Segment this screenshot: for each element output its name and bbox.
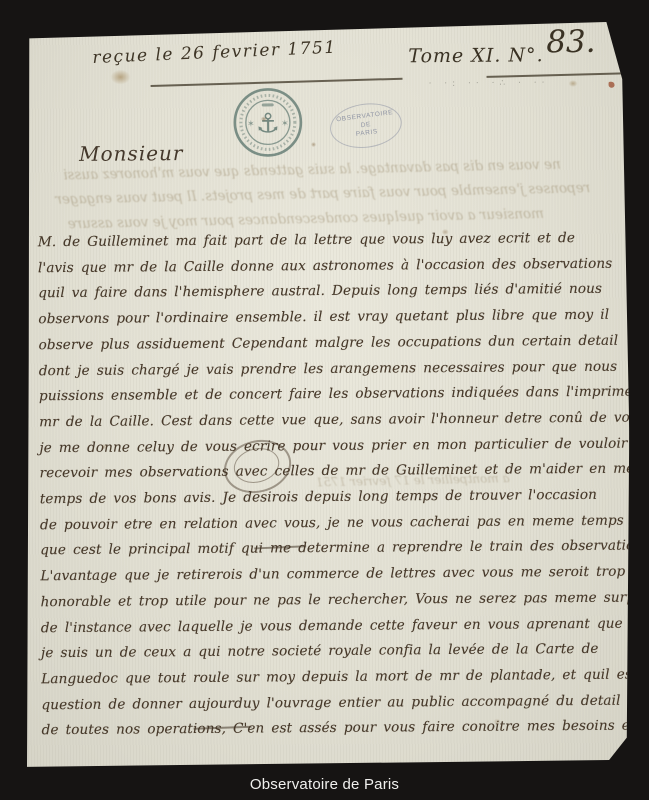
salutation: Monsieur (79, 141, 184, 166)
anchor-icon: ⚓ (256, 108, 280, 139)
bleedthrough-line: reponses j'ensemble pour vous faire part… (55, 180, 590, 208)
foxing-spot (311, 142, 316, 147)
wax-speck (609, 82, 615, 88)
foxing-spot (101, 444, 107, 450)
foxing-spot (261, 116, 267, 121)
tome-reference: Tome XI. N°. (408, 44, 543, 67)
body-line: de toutes nos operations, C'en est assés… (42, 714, 626, 744)
number-underline (487, 72, 625, 77)
archive-photo-stage: reçue le 26 fevrier 1751 Tome XI. N°. 83… (0, 0, 649, 800)
letter-number: 83. (546, 24, 596, 60)
anchor-seal-stamp: ⚓ ✶ ✶ (232, 86, 305, 159)
foxing-spot (110, 69, 130, 84)
fleur-mark-right: ✶ (281, 119, 289, 129)
received-date-note: reçue le 26 fevrier 1751 (92, 38, 337, 68)
letter-body: M. de Guilleminet ma fait part de la let… (38, 226, 626, 745)
header-underline (151, 78, 403, 87)
body-line: mr de la Caille. Cest dans cette vue que… (39, 406, 623, 436)
oval-stamp-line3: PARIS (356, 129, 379, 141)
pencil-marks: · ·: ·· ·∴ · ·· (429, 78, 550, 89)
foxing-spot (569, 80, 578, 87)
body-line: honorable et trop utile pour ne pas le r… (41, 585, 625, 615)
foxing-spot (442, 229, 449, 235)
image-caption: Observatoire de Paris (0, 776, 649, 793)
observatoire-oval-stamp: OBSERVATOIRE DE PARIS (327, 99, 404, 152)
letter-page: reçue le 26 fevrier 1751 Tome XI. N°. 83… (10, 20, 632, 769)
fleur-mark-left: ✶ (247, 120, 255, 130)
foxing-spot (494, 719, 501, 725)
crown-mark (262, 103, 274, 106)
body-line: observe plus assiduement Cependant malgr… (39, 328, 623, 358)
